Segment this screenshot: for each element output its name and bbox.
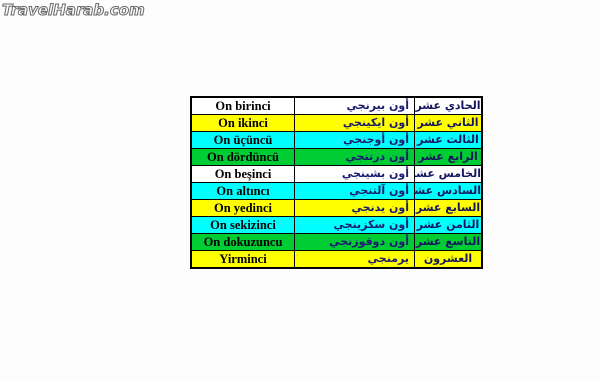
- cell-ottoman-script: أون سكزينجي: [295, 217, 414, 233]
- table-row: On yedinci أون يدنجي السابع عشر: [192, 200, 481, 216]
- cell-turkish-latin: On sekizinci: [192, 217, 294, 233]
- table-row: On dördüncü أون درتنجي الرابع عشر: [192, 149, 481, 165]
- ordinals-table: On birinci أون بيرنجي الحادي عشر On ikin…: [190, 96, 483, 269]
- table-row: On dokuzuncu أون دوقوزنجي التاسع عشر: [192, 234, 481, 250]
- cell-ottoman-script: يرمنجي: [295, 251, 414, 267]
- cell-ottoman-script: أون آلتنجي: [295, 183, 414, 199]
- cell-ottoman-script: أون يدنجي: [295, 200, 414, 216]
- cell-arabic: التاسع عشر: [415, 234, 481, 250]
- watermark: TravelHarab.com: [2, 1, 145, 19]
- cell-turkish-latin: On dördüncü: [192, 149, 294, 165]
- cell-turkish-latin: On yedinci: [192, 200, 294, 216]
- cell-ottoman-script: أون درتنجي: [295, 149, 414, 165]
- cell-arabic: السابع عشر: [415, 200, 481, 216]
- cell-arabic: الثامن عشر: [415, 217, 481, 233]
- cell-turkish-latin: On beşinci: [192, 166, 294, 182]
- table-row: On ikinci أون ايكينجي الثاني عشر: [192, 115, 481, 131]
- cell-arabic: السادس عشر: [415, 183, 481, 199]
- cell-arabic: العشرون: [415, 251, 481, 267]
- cell-ottoman-script: أون ايكينجي: [295, 115, 414, 131]
- table-row: Yirminci يرمنجي العشرون: [192, 251, 481, 267]
- cell-ottoman-script: أون أوجنجي: [295, 132, 414, 148]
- cell-turkish-latin: On altıncı: [192, 183, 294, 199]
- cell-turkish-latin: On dokuzuncu: [192, 234, 294, 250]
- cell-arabic: الخامس عشر: [415, 166, 481, 182]
- cell-turkish-latin: On ikinci: [192, 115, 294, 131]
- cell-arabic: الثاني عشر: [415, 115, 481, 131]
- table-row: On birinci أون بيرنجي الحادي عشر: [192, 98, 481, 114]
- cell-arabic: الثالث عشر: [415, 132, 481, 148]
- cell-ottoman-script: أون بشينجي: [295, 166, 414, 182]
- table-row: On beşinci أون بشينجي الخامس عشر: [192, 166, 481, 182]
- cell-ottoman-script: أون بيرنجي: [295, 98, 414, 114]
- table-row: On üçüncü أون أوجنجي الثالث عشر: [192, 132, 481, 148]
- cell-arabic: الرابع عشر: [415, 149, 481, 165]
- cell-ottoman-script: أون دوقوزنجي: [295, 234, 414, 250]
- cell-turkish-latin: On üçüncü: [192, 132, 294, 148]
- cell-turkish-latin: Yirminci: [192, 251, 294, 267]
- table-row: On altıncı أون آلتنجي السادس عشر: [192, 183, 481, 199]
- cell-arabic: الحادي عشر: [415, 98, 481, 114]
- cell-turkish-latin: On birinci: [192, 98, 294, 114]
- table-row: On sekizinci أون سكزينجي الثامن عشر: [192, 217, 481, 233]
